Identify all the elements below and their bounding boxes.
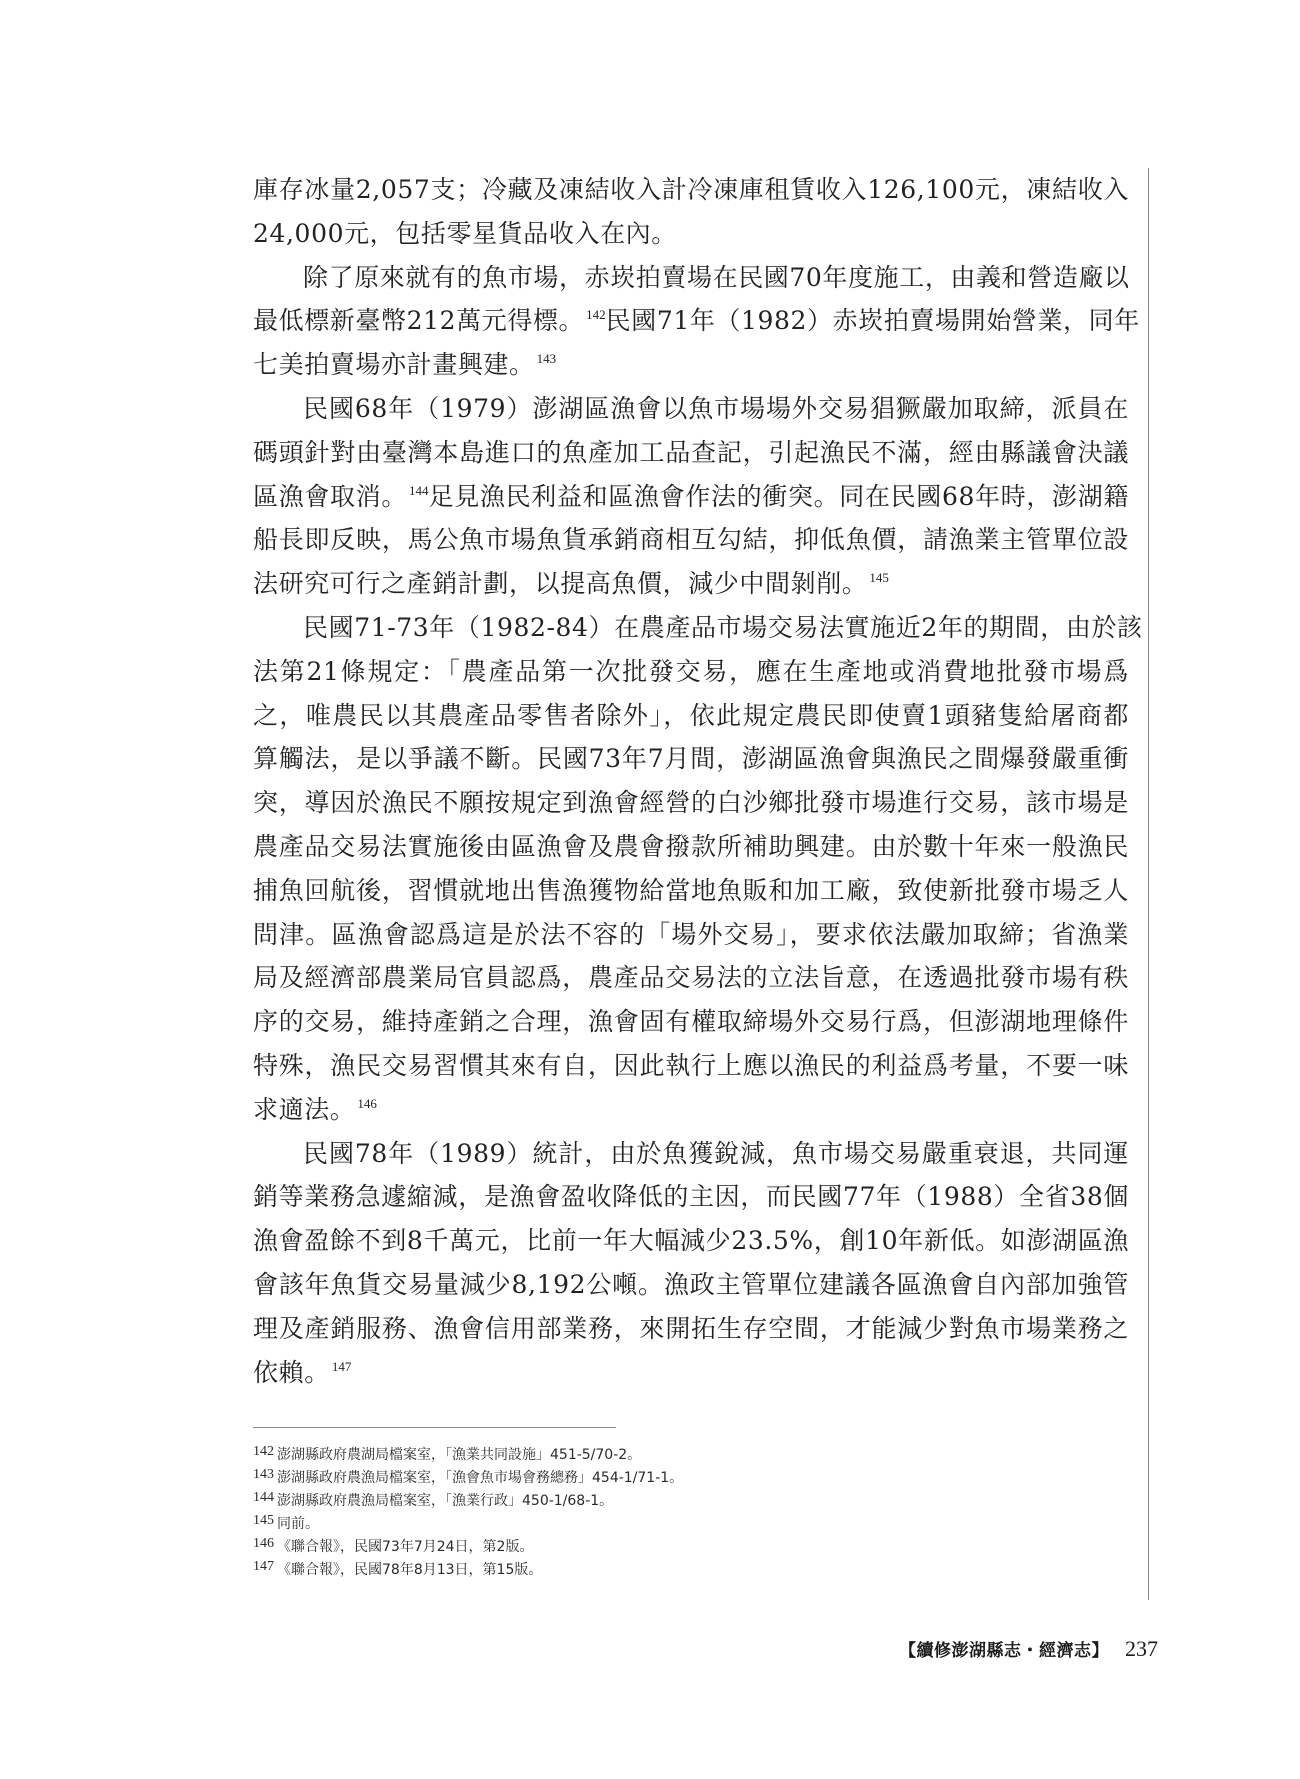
text-line: 依賴。147 — [253, 1351, 1129, 1395]
footnote-text: 澎湖縣政府農漁局檔案室，「漁會魚市場會務總務」454-1/71-1。 — [277, 1470, 683, 1486]
footnote-142: 142澎湖縣政府農湖局檔案室，「漁業共同設施」451-5/70-2。 — [253, 1442, 1113, 1465]
text-segment: 依賴。 — [253, 1358, 330, 1387]
footnotes: 142澎湖縣政府農湖局檔案室，「漁業共同設施」451-5/70-2。 143澎湖… — [253, 1442, 1113, 1580]
footnote-ref-146[interactable]: 146 — [357, 1096, 377, 1111]
running-title: 【續修澎湖縣志・經濟志】 — [899, 1636, 1109, 1661]
footnote-ref-145[interactable]: 145 — [869, 570, 889, 585]
footnote-number: 145 — [253, 1513, 274, 1528]
footnote-number: 143 — [253, 1467, 274, 1482]
text-segment: 求適法。 — [253, 1095, 355, 1124]
text-line: 問津。區漁會認爲這是於法不容的「場外交易」，要求依法嚴加取締；省漁業 — [253, 913, 1129, 957]
text-line: 求適法。146 — [253, 1088, 1129, 1132]
footnote-text: 澎湖縣政府農湖局檔案室，「漁業共同設施」451-5/70-2。 — [277, 1447, 641, 1463]
footnote-145: 145同前。 — [253, 1511, 1113, 1534]
footnote-text: 澎湖縣政府農漁局檔案室，「漁業行政」450-1/68-1。 — [277, 1493, 613, 1509]
text-line: 最低標新臺幣212萬元得標。142民國71年（1982）赤崁拍賣場開始營業，同年 — [253, 299, 1129, 343]
paragraph: 庫存冰量2,057支；冷藏及凍結收入計冷凍庫租賃收入126,100元，凍結收入 … — [253, 168, 1129, 256]
margin-rule — [1148, 168, 1149, 1600]
text-line: 漁會盈餘不到8千萬元，比前一年大幅減少23.5%，創10年新低。如澎湖區漁 — [253, 1219, 1129, 1263]
footnote-number: 147 — [253, 1559, 274, 1574]
footnote-144: 144澎湖縣政府農漁局檔案室，「漁業行政」450-1/68-1。 — [253, 1488, 1113, 1511]
document-page: 庫存冰量2,057支；冷藏及凍結收入計冷凍庫租賃收入126,100元，凍結收入 … — [0, 0, 1300, 1779]
body-text: 庫存冰量2,057支；冷藏及凍結收入計冷凍庫租賃收入126,100元，凍結收入 … — [253, 168, 1129, 1394]
footnote-text: 《聯合報》，民國78年8月13日，第15版。 — [277, 1562, 542, 1578]
text-line: 會該年魚貨交易量減少8,192公噸。漁政主管單位建議各區漁會自內部加強管 — [253, 1263, 1129, 1307]
text-line: 之，唯農民以其農產品零售者除外」，依此規定農民即使賣1頭豬隻給屠商都 — [253, 694, 1129, 738]
footnote-ref-144[interactable]: 144 — [409, 483, 429, 498]
text-line: 法第21條規定：「農產品第一次批發交易，應在生產地或消費地批發市場爲 — [253, 650, 1129, 694]
page-footer: 【續修澎湖縣志・經濟志】 237 — [898, 1636, 1158, 1670]
footnote-number: 142 — [253, 1444, 274, 1459]
text-line: 特殊，漁民交易習慣其來有自，因此執行上應以漁民的利益爲考量，不要一味 — [253, 1044, 1129, 1088]
footnote-143: 143澎湖縣政府農漁局檔案室，「漁會魚市場會務總務」454-1/71-1。 — [253, 1465, 1113, 1488]
text-segment: 民國71年（1982）赤崁拍賣場開始營業，同年 — [606, 306, 1140, 335]
footnote-number: 146 — [253, 1536, 274, 1551]
text-segment: 法研究可行之產銷計劃，以提高魚價，減少中間剝削。 — [253, 569, 867, 598]
footnote-separator — [253, 1427, 616, 1428]
text-line: 序的交易，維持產銷之合理，漁會固有權取締場外交易行爲，但澎湖地理條件 — [253, 1000, 1129, 1044]
text-segment: 最低標新臺幣212萬元得標。 — [253, 306, 584, 335]
footnote-text: 同前。 — [277, 1516, 319, 1532]
text-line: 突，導因於漁民不願按規定到漁會經營的白沙鄉批發市場進行交易，該市場是 — [253, 781, 1129, 825]
text-segment: 七美拍賣場亦計畫興建。 — [253, 350, 535, 379]
page-number: 237 — [1125, 1636, 1158, 1662]
text-line: 局及經濟部農業局官員認爲，農產品交易法的立法旨意，在透過批發市場有秩 — [253, 956, 1129, 1000]
text-line: 船長即反映，馬公魚市場魚貨承銷商相互勾結，抑低魚價，請漁業主管單位設 — [253, 518, 1129, 562]
text-line: 七美拍賣場亦計畫興建。143 — [253, 343, 1129, 387]
text-line: 算觸法，是以爭議不斷。民國73年7月間，澎湖區漁會與漁民之間爆發嚴重衝 — [253, 737, 1129, 781]
text-line: 民國71-73年（1982-84）在農產品市場交易法實施近2年的期間，由於該 — [253, 606, 1129, 650]
text-line: 區漁會取消。144足見漁民利益和區漁會作法的衝突。同在民國68年時，澎湖籍 — [253, 475, 1129, 519]
text-line: 除了原來就有的魚市場，赤崁拍賣場在民國70年度施工，由義和營造廠以 — [253, 256, 1129, 300]
footnote-text: 《聯合報》，民國73年7月24日，第2版。 — [277, 1539, 533, 1555]
footnote-ref-147[interactable]: 147 — [332, 1359, 352, 1374]
footnote-number: 144 — [253, 1490, 274, 1505]
text-line: 捕魚回航後，習慣就地出售漁獲物給當地魚販和加工廠，致使新批發市場乏人 — [253, 869, 1129, 913]
paragraph: 民國71-73年（1982-84）在農產品市場交易法實施近2年的期間，由於該 法… — [253, 606, 1129, 1132]
text-line: 農產品交易法實施後由區漁會及農會撥款所補助興建。由於數十年來一般漁民 — [253, 825, 1129, 869]
paragraph: 民國68年（1979）澎湖區漁會以魚市場場外交易猖獗嚴加取締，派員在 碼頭針對由… — [253, 387, 1129, 606]
text-segment: 足見漁民利益和區漁會作法的衝突。同在民國68年時，澎湖籍 — [429, 482, 1129, 511]
footnote-146: 146《聯合報》，民國73年7月24日，第2版。 — [253, 1534, 1113, 1557]
paragraph: 除了原來就有的魚市場，赤崁拍賣場在民國70年度施工，由義和營造廠以 最低標新臺幣… — [253, 256, 1129, 387]
text-line: 銷等業務急遽縮減，是漁會盈收降低的主因，而民國77年（1988）全省38個 — [253, 1175, 1129, 1219]
text-line: 法研究可行之產銷計劃，以提高魚價，減少中間剝削。145 — [253, 562, 1129, 606]
footnote-ref-142[interactable]: 142 — [586, 307, 606, 322]
footnote-ref-143[interactable]: 143 — [537, 351, 557, 366]
text-line: 理及產銷服務、漁會信用部業務，來開拓生存空間，才能減少對魚市場業務之 — [253, 1307, 1129, 1351]
text-line: 民國78年（1989）統計，由於魚獲銳減，魚市場交易嚴重衰退，共同運 — [253, 1132, 1129, 1176]
paragraph: 民國78年（1989）統計，由於魚獲銳減，魚市場交易嚴重衰退，共同運 銷等業務急… — [253, 1132, 1129, 1395]
text-line: 碼頭針對由臺灣本島進口的魚產加工品查記，引起漁民不滿，經由縣議會決議 — [253, 431, 1129, 475]
text-line: 庫存冰量2,057支；冷藏及凍結收入計冷凍庫租賃收入126,100元，凍結收入 — [253, 168, 1129, 212]
text-segment: 區漁會取消。 — [253, 482, 407, 511]
footnote-147: 147《聯合報》，民國78年8月13日，第15版。 — [253, 1557, 1113, 1580]
text-line: 24,000元，包括零星貨品收入在內。 — [253, 212, 1129, 256]
text-line: 民國68年（1979）澎湖區漁會以魚市場場外交易猖獗嚴加取締，派員在 — [253, 387, 1129, 431]
